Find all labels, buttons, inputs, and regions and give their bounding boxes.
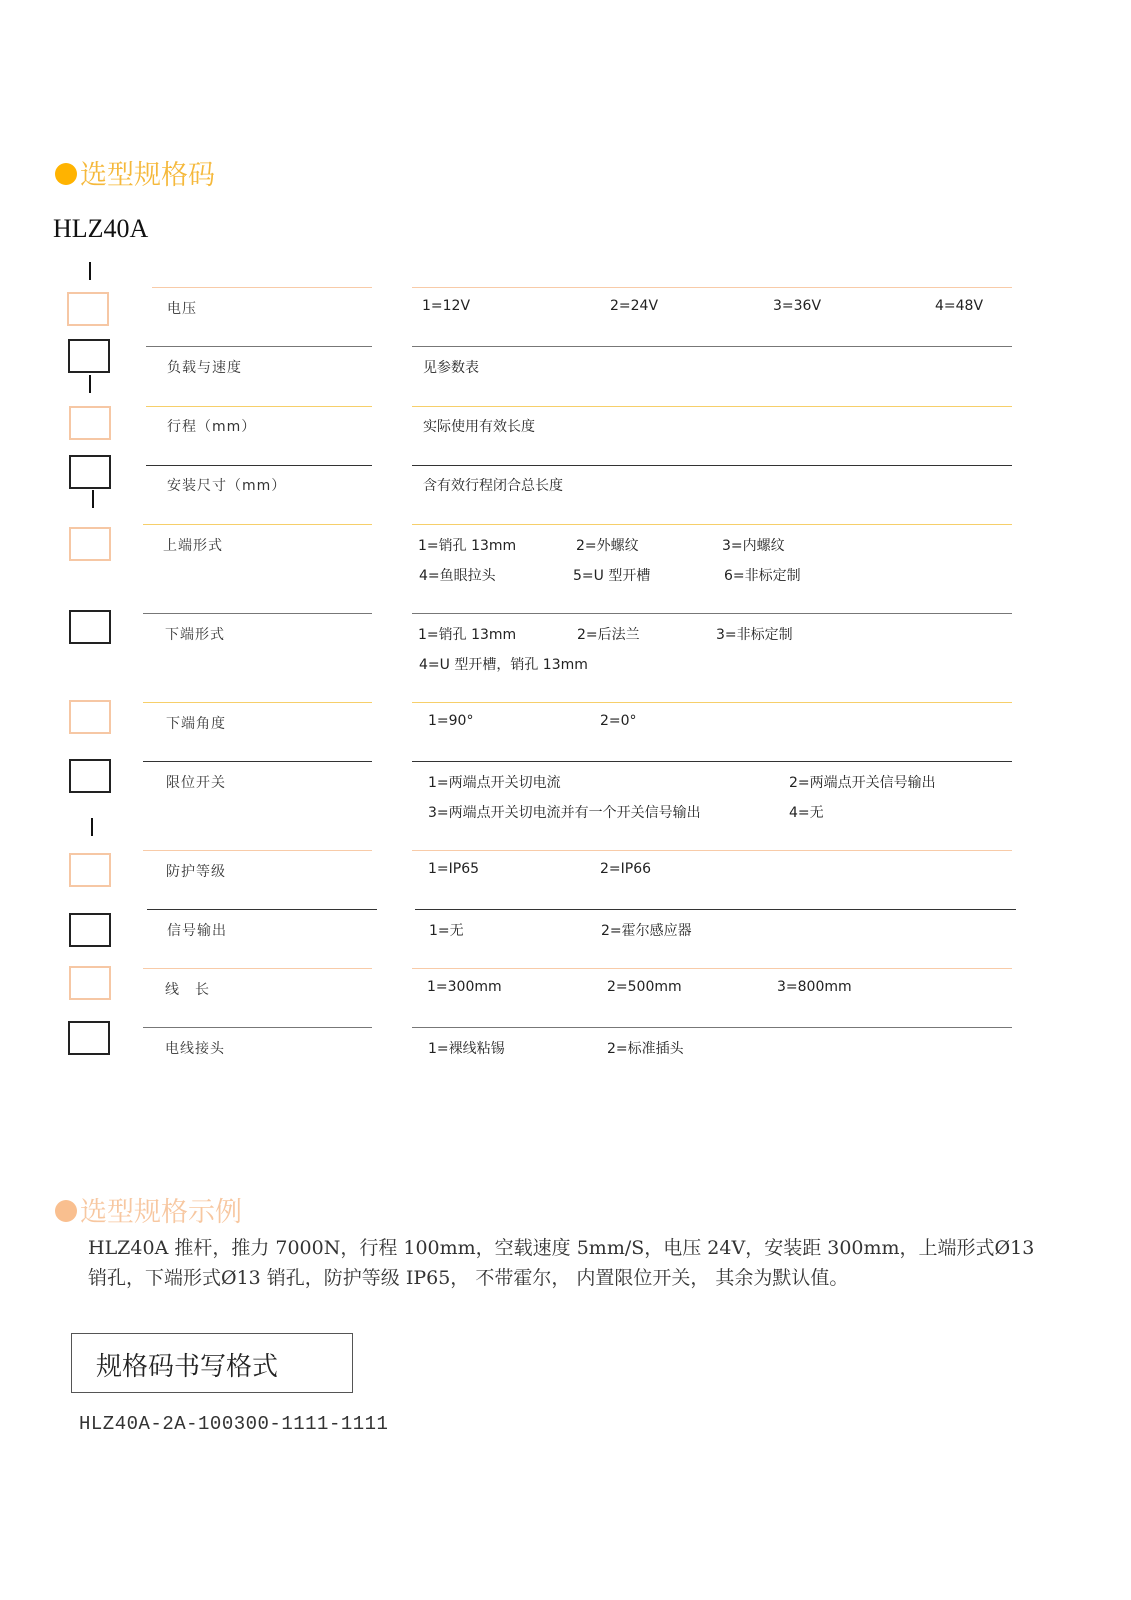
row-label-top-end: 上端形式: [163, 535, 223, 555]
divider-line: [412, 346, 1012, 347]
divider-line: [143, 702, 372, 703]
divider-line: [412, 850, 1012, 851]
option: 2=霍尔感应器: [601, 920, 692, 940]
row-label-load-speed: 负载与速度: [167, 357, 242, 377]
row-label-voltage: 电压: [167, 298, 197, 318]
option: 4=无: [789, 802, 824, 822]
divider-line: [143, 1027, 372, 1028]
divider-line: [412, 761, 1012, 762]
option: 2=IP66: [600, 861, 651, 877]
option: 2=后法兰: [577, 624, 640, 644]
divider-line: [143, 524, 372, 525]
code-box-stroke: [69, 406, 111, 440]
code-box-limit-switch: [69, 759, 111, 793]
option: 2=500mm: [607, 979, 682, 995]
row-label-cable-length: 线 长: [165, 979, 210, 999]
section-title-text: 选型规格示例: [80, 1197, 242, 1228]
divider-line: [412, 406, 1012, 407]
option: 2=两端点开关信号输出: [789, 772, 936, 792]
option: 3=36V: [773, 298, 821, 314]
row-label-limit-switch: 限位开关: [166, 772, 226, 792]
connector-tick: [92, 490, 94, 508]
option: 4=鱼眼拉头: [419, 565, 496, 585]
connector-tick: [89, 262, 91, 280]
code-box-signal-output: [69, 913, 111, 947]
option: 3=800mm: [777, 979, 852, 995]
divider-line: [412, 702, 1012, 703]
code-box-bottom-angle: [69, 700, 111, 734]
option: 2=0°: [600, 713, 637, 729]
option: 6=非标定制: [724, 565, 801, 585]
option: 1=裸线粘锡: [428, 1038, 505, 1058]
divider-line: [143, 613, 372, 614]
option: 4=48V: [935, 298, 983, 314]
divider-line: [152, 287, 372, 288]
divider-line: [412, 465, 1012, 466]
section-title-text: 选型规格码: [80, 160, 215, 191]
code-box-install-size: [69, 455, 111, 489]
option: 2=24V: [610, 298, 658, 314]
bullet-dot-icon: [55, 1200, 77, 1222]
option: 实际使用有效长度: [423, 416, 535, 436]
option: 1=销孔 13mm: [418, 535, 516, 555]
format-title-box: 规格码书写格式: [71, 1333, 353, 1393]
divider-line: [412, 287, 1012, 288]
option: 1=300mm: [427, 979, 502, 995]
code-box-bottom-end: [69, 610, 111, 644]
code-box-wire-connector: [68, 1021, 110, 1055]
row-label-bottom-end: 下端形式: [165, 624, 225, 644]
option: 3=两端点开关切电流并有一个开关信号输出: [428, 802, 701, 822]
divider-line: [415, 909, 1016, 910]
option: 1=两端点开关切电流: [428, 772, 561, 792]
example-text-line-1: HLZ40A 推杆，推力 7000N，行程 100mm，空载速度 5mm/S，电…: [88, 1233, 1034, 1260]
divider-line: [146, 346, 372, 347]
model-name: HLZ40A: [53, 214, 148, 244]
row-label-stroke: 行程（mm）: [167, 416, 256, 436]
divider-line: [412, 613, 1012, 614]
divider-line: [146, 406, 372, 407]
code-box-cable-length: [69, 966, 111, 1000]
option: 2=外螺纹: [576, 535, 639, 555]
option: 2=标准插头: [607, 1038, 684, 1058]
code-box-protection: [69, 853, 111, 887]
connector-tick: [89, 375, 91, 393]
row-label-signal-output: 信号输出: [167, 920, 227, 940]
connector-tick: [91, 818, 93, 836]
divider-line: [412, 968, 1012, 969]
option: 1=无: [429, 920, 464, 940]
divider-line: [147, 909, 377, 910]
code-box-top-end: [69, 527, 111, 561]
divider-line: [146, 465, 372, 466]
code-box-load-speed: [68, 339, 110, 373]
divider-line: [143, 761, 372, 762]
code-box-voltage: [67, 292, 109, 326]
row-label-wire-connector: 电线接头: [165, 1038, 225, 1058]
option: 1=90°: [428, 713, 473, 729]
option: 1=IP65: [428, 861, 479, 877]
format-title: 规格码书写格式: [96, 1346, 278, 1383]
option: 1=12V: [422, 298, 470, 314]
row-label-install-size: 安装尺寸（mm）: [167, 475, 286, 495]
format-code: HLZ40A-2A-100300-1111-1111: [79, 1413, 388, 1435]
row-label-protection: 防护等级: [166, 861, 226, 881]
bullet-dot-icon: [55, 163, 77, 185]
divider-line: [412, 524, 1012, 525]
row-label-bottom-angle: 下端角度: [166, 713, 226, 733]
divider-line: [143, 968, 372, 969]
divider-line: [143, 850, 372, 851]
section-title-spec-example: 选型规格示例: [55, 1190, 242, 1229]
option: 4=U 型开槽，销孔 13mm: [419, 654, 588, 674]
option: 1=销孔 13mm: [418, 624, 516, 644]
option: 3=内螺纹: [722, 535, 785, 555]
option: 见参数表: [423, 357, 479, 377]
divider-line: [412, 1027, 1012, 1028]
option: 3=非标定制: [716, 624, 793, 644]
option: 含有效行程闭合总长度: [423, 475, 563, 495]
section-title-spec-code: 选型规格码: [55, 153, 215, 192]
example-text-line-2: 销孔，下端形式Ø13 销孔，防护等级 IP65， 不带霍尔， 内置限位开关， 其…: [88, 1263, 848, 1290]
option: 5=U 型开槽: [573, 565, 650, 585]
